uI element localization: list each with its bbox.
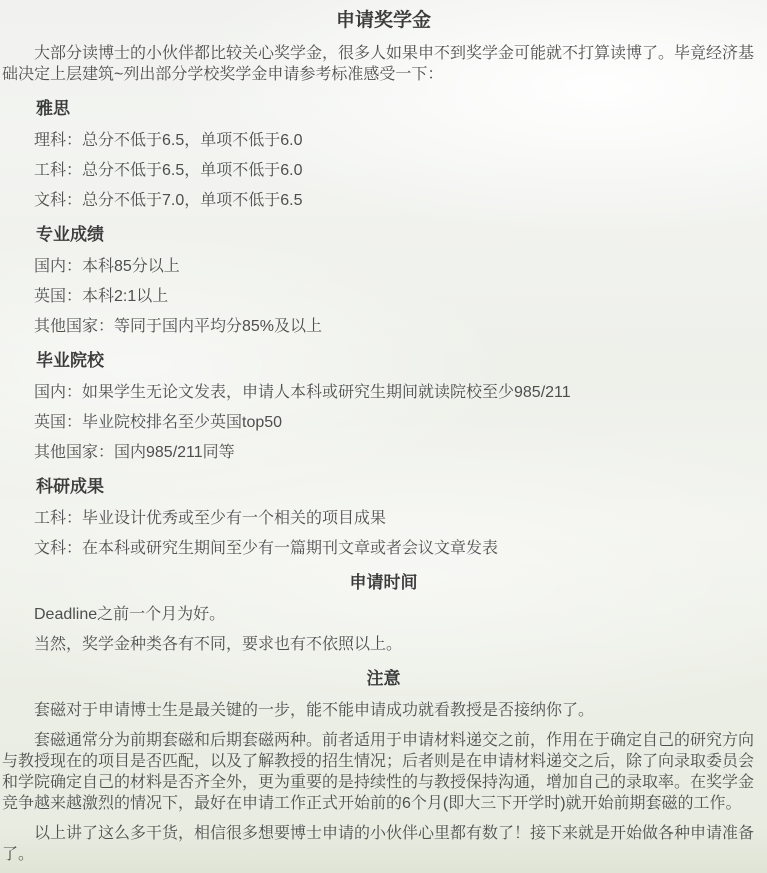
list-item: 其他国家：等同于国内平均分85%及以上 (2, 316, 765, 337)
scholarship-article: 申请奖学金 大部分读博士的小伙伴都比较关心奖学金，很多人如果申不到奖学金可能就不… (0, 0, 767, 873)
intro-paragraph: 大部分读博士的小伙伴都比较关心奖学金，很多人如果申不到奖学金可能就不打算读博了。… (2, 43, 765, 85)
list-item: 国内：本科85分以上 (2, 256, 765, 277)
section-heading-notice: 注意 (2, 667, 765, 691)
section-heading-application-time: 申请时间 (2, 571, 765, 595)
closing-paragraph: 以上讲了这么多干货，相信很多想要博士申请的小伙伴心里都有数了！接下来就是开始做各… (2, 823, 765, 865)
list-item: 国内：如果学生无论文发表，申请人本科或研究生期间就读院校至少985/211 (2, 382, 765, 403)
notice-paragraph: 套磁对于申请博士生是最关键的一步，能不能申请成功就看教授是否接纳你了。 (2, 700, 765, 721)
section-heading-major-grades: 专业成绩 (2, 223, 765, 247)
list-item: 工科：总分不低于6.5，单项不低于6.0 (2, 160, 765, 181)
list-item: 文科：在本科或研究生期间至少有一篇期刊文章或者会议文章发表 (2, 538, 765, 559)
notice-paragraph: 套磁通常分为前期套磁和后期套磁两种。前者适用于申请材料递交之前，作用在于确定自己… (2, 730, 765, 814)
list-item: 英国：本科2:1以上 (2, 286, 765, 307)
list-item: 文科：总分不低于7.0，单项不低于6.5 (2, 190, 765, 211)
list-item: 理科：总分不低于6.5，单项不低于6.0 (2, 130, 765, 151)
list-item: 工科：毕业设计优秀或至少有一个相关的项目成果 (2, 508, 765, 529)
section-heading-graduating-school: 毕业院校 (2, 349, 765, 373)
list-item: 当然，奖学金种类各有不同，要求也有不依照以上。 (2, 634, 765, 655)
list-item: 其他国家：国内985/211同等 (2, 442, 765, 463)
list-item: 英国：毕业院校排名至少英国top50 (2, 412, 765, 433)
list-item: Deadline之前一个月为好。 (2, 604, 765, 625)
page-title: 申请奖学金 (2, 8, 765, 34)
section-heading-ielts: 雅思 (2, 97, 765, 121)
section-heading-research-results: 科研成果 (2, 475, 765, 499)
